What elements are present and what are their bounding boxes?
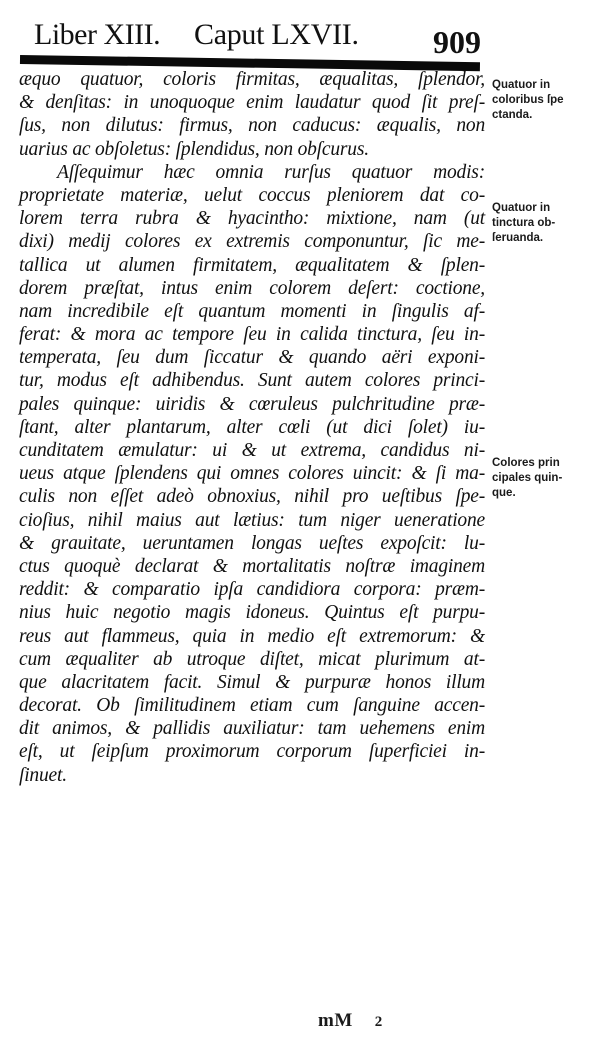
margin-note-quatuor-in-tinctura: Quatuor in tinctura ob- ſeruanda. [492, 201, 600, 246]
main-text-column: æquo quatuor, coloris firmitas, æqualita… [19, 68, 485, 787]
margin-note-line: Colores prin [492, 456, 600, 471]
text-line: dit animos, & pallidis auxiliatur: tam u… [19, 717, 485, 740]
text-line: dixi) medij colores ex extremis componun… [19, 230, 485, 253]
text-line: cum æqualiter ab utroque diſtet, micat p… [19, 648, 485, 671]
text-line: ſinuet. [19, 764, 485, 787]
margin-note-line: coloribus ſpe [492, 93, 600, 108]
signature-letters: mM [318, 1010, 353, 1031]
running-head: Liber XIII. Caput LXVII. 909 [34, 14, 486, 60]
margin-note-quatuor-in-coloribus: Quatuor in coloribus ſpe ctanda. [492, 78, 600, 123]
text-line: nius huic negotio magis idoneus. Quintus… [19, 601, 485, 624]
text-line: eſt, ut ſeipſum proximorum corporum ſupe… [19, 740, 485, 763]
text-line: cunditatem æmulatur: ui & ut extrema, ca… [19, 439, 485, 462]
text-line: cioſius, nihil maius aut lætius: tum nig… [19, 509, 485, 532]
margin-note-line: cipales quin- [492, 471, 600, 486]
margin-note-colores-principales: Colores prin cipales quin- que. [492, 456, 600, 501]
text-line: proprietate materiæ, uelut coccus plenio… [19, 184, 485, 207]
text-line: ueus atque ſplendens qui omnes colores u… [19, 462, 485, 485]
margin-note-line: que. [492, 486, 600, 501]
text-line: & grauitate, ueruntamen longas ueſtes ex… [19, 532, 485, 555]
page-number: 909 [433, 24, 481, 61]
margin-note-line: ſeruanda. [492, 231, 600, 246]
text-line: decorat. Ob ſimilitudinem etiam cum ſang… [19, 694, 485, 717]
text-line: nam incredibile eſt quantum momenti in ſ… [19, 300, 485, 323]
book-number: Liber XIII. [34, 18, 160, 52]
signature-number: 2 [375, 1014, 383, 1030]
text-line: uarius ac obſoletus: ſplendidus, non obſ… [19, 138, 485, 161]
text-line: lorem terra rubra & hyacintho: mixtione,… [19, 207, 485, 230]
printer-signature-mark: mM2 [318, 1010, 383, 1032]
text-line: pales quinque: uiridis & cœruleus pulchr… [19, 393, 485, 416]
margin-note-line: tinctura ob- [492, 216, 600, 231]
text-line: æquo quatuor, coloris firmitas, æqualita… [19, 68, 485, 91]
margin-note-line: Quatuor in [492, 201, 600, 216]
text-line: dorem præſtat, intus enim colorem deſert… [19, 277, 485, 300]
margin-note-line: Quatuor in [492, 78, 600, 93]
text-line: ferat: & mora ac tempore ſeu in calida t… [19, 323, 485, 346]
text-line: que alacritatem facit. Simul & purpuræ h… [19, 671, 485, 694]
paragraph-start-line: Aſſequimur hæc omnia rurſus quatuor modi… [19, 161, 485, 184]
text-line: reus aut flammeus, quia in medio eſt ext… [19, 625, 485, 648]
text-line: ſus, non dilutus: firmus, non caducus: æ… [19, 114, 485, 137]
text-line: & denſitas: in unoquoque enim laudatur q… [19, 91, 485, 114]
text-line: culis non eſſet adeò obnoxius, nihil pro… [19, 485, 485, 508]
text-line: tallica ut alumen firmitatem, æqualitate… [19, 254, 485, 277]
text-line: temperata, ſeu dum ſiccatur & quando aër… [19, 346, 485, 369]
text-line: ſtant, alter plantarum, alter cœli (ut d… [19, 416, 485, 439]
chapter-number: Caput LXVII. [194, 18, 359, 52]
text-line: reddit: & comparatio ipſa candidiora cor… [19, 578, 485, 601]
text-line: ctus quoquè declarat & mortalitatis noſt… [19, 555, 485, 578]
margin-note-line: ctanda. [492, 108, 600, 123]
text-line: tur, modus eſt adhibendus. Sunt autem co… [19, 369, 485, 392]
book-page: Liber XIII. Caput LXVII. 909 æquo quatuo… [0, 0, 608, 1063]
